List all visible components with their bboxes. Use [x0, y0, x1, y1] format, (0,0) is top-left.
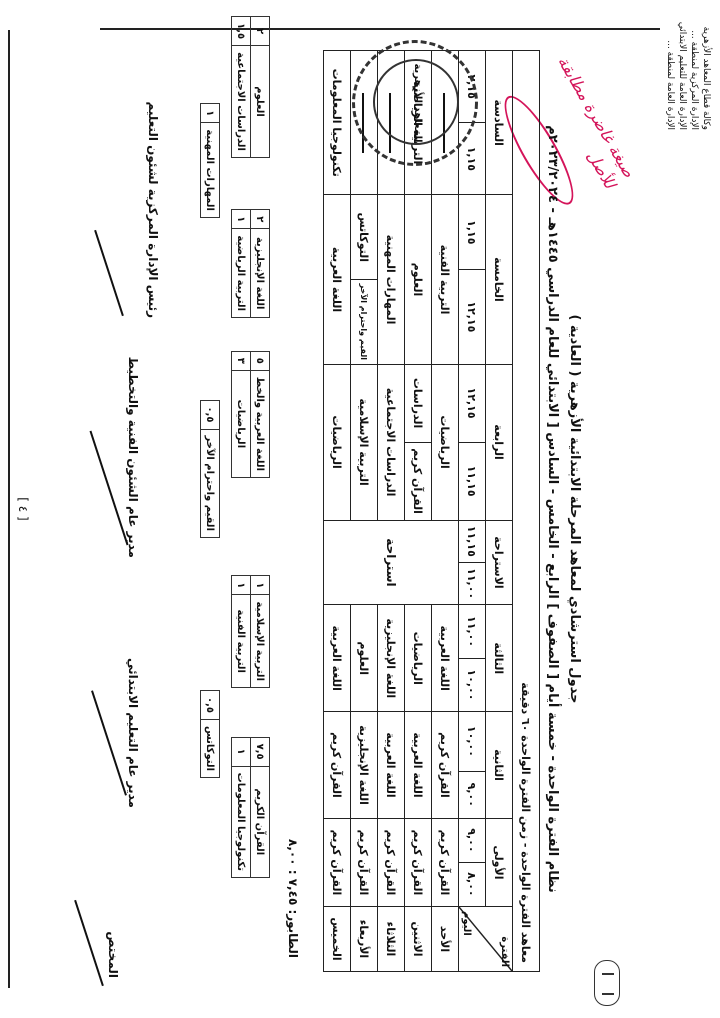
day-label: الأحد — [432, 907, 459, 972]
split-half: التوكاتس — [351, 195, 377, 280]
subject-label: تكنولوجيا المعلومات — [232, 766, 251, 877]
schedule-cell: اللغة العربية — [432, 605, 459, 712]
table-row: الأحد القرآن كريم القرآن كريم اللغة العر… — [432, 51, 459, 972]
period-header: الثالثة — [486, 605, 513, 712]
hours-value: ٢ — [251, 17, 270, 46]
schedule-cell: القرآن كريم — [378, 818, 405, 906]
split-half: القيم واحترام الآخر — [351, 280, 377, 364]
hours-value: ٠,٥ — [201, 400, 220, 429]
period-end-time: ٩,٠٠ — [459, 818, 486, 862]
subject-label: الدراسات الاجتماعية — [232, 46, 251, 158]
subject-label: المهارات المهنية — [201, 123, 220, 218]
subject-label: العلوم — [251, 46, 270, 158]
document-title: جدول استرشادي لمعاهد المرحلة الابتدائية … — [567, 160, 582, 858]
schedule-cell: اللغة الإنجليزية — [351, 712, 378, 819]
hours-value: ١ — [201, 104, 220, 123]
subject-label: التربية الرياضية — [232, 229, 251, 318]
signature-label: المختص — [106, 931, 120, 978]
schedule-cell: التربية الإسلامية — [351, 364, 378, 520]
corner-period-label: الفترة — [499, 936, 510, 967]
document-subtitle: نظام الفترة الواحدة - خمسة أيام [ الصفوف… — [545, 60, 560, 958]
hours-value: ٥ — [251, 351, 270, 370]
summary-table: العلوم٢ الدراسات الاجتماعية١,٥ — [231, 16, 270, 158]
summary-table: اللغة العربية والخط٥ الرياضيات٣ — [231, 351, 270, 478]
page-border-line — [100, 28, 660, 30]
hours-value: ٠,٥ — [201, 690, 220, 719]
schedule-table: معاهد الفترة الواحدة - زمن الفترة الواحد… — [323, 50, 540, 972]
subject-label: القيم واحترام الآخر — [201, 429, 220, 537]
schedule-cell: الدراسات الاجتماعية — [378, 364, 405, 520]
subject-label: التوكاتس — [201, 720, 220, 778]
signature-scribble-icon — [90, 431, 129, 546]
subject-label: اللغة الإنجليزية — [251, 229, 270, 318]
schedule-cell: اللغة الإنجليزية — [378, 605, 405, 712]
schedule-cell: المهارات المهنية — [378, 195, 405, 364]
break-cell: استراحة — [324, 520, 459, 605]
schedule-cell: التربية الفنية — [432, 195, 459, 364]
hours-value: ٢ — [251, 210, 270, 229]
seal-text: المعاهد الأزهرية — [412, 43, 423, 163]
schedule-cell: القرآن كريم — [432, 712, 459, 819]
schedule-cell: العلوم — [351, 605, 378, 712]
split-half: القرآن كريم — [405, 443, 431, 520]
table-row: الخميس القرآن كريم القرآن كريم اللغة الع… — [324, 51, 351, 972]
period-header: الأولى — [486, 818, 513, 906]
schedule-cell-split: القرآن كريم الدراسات — [405, 364, 432, 520]
hours-value: ٣ — [232, 351, 251, 370]
document-page: وكالة قطاع المعاهد الأزهرية الإدارة المر… — [0, 0, 720, 1018]
signature-scribble-icon — [91, 690, 127, 795]
signature-label: رئيس الإدارة المركزية لشئون التعليم — [146, 101, 160, 318]
schedule-cell-split: القيم واحترام الآخر التوكاتس — [351, 195, 378, 364]
corner-cell: الفترة اليوم — [459, 907, 513, 972]
table-row: الاثنين القرآن كريم اللغة العربية الرياض… — [405, 51, 432, 972]
ministry-line: الإدارة العامة للتعليم الابتدائي — [676, 10, 688, 130]
schedule-cell: القرآن كريم — [405, 818, 432, 906]
hours-value: ٧,٥ — [251, 737, 270, 766]
split-half: الدراسات — [405, 365, 431, 443]
ministry-line: وكالة قطاع المعاهد الأزهرية — [700, 10, 712, 130]
schedule-cell: القرآن كريم — [324, 818, 351, 906]
corner-day-label: اليوم — [461, 911, 472, 936]
subject-label: التربية الإسلامية — [251, 595, 270, 688]
summary-table: التربية الإسلامية١ التربية الفنية١ — [231, 575, 270, 688]
schedule-cell: القرآن كريم — [351, 818, 378, 906]
table-row: الأربعاء القرآن كريم اللغة الإنجليزية ال… — [351, 51, 378, 972]
period-header: الخامسة — [486, 195, 513, 364]
period-start-time: ١٠,٠٠ — [459, 658, 486, 711]
summary-table: اللغة الإنجليزية٢ التربية الرياضية١ — [231, 209, 270, 318]
hours-value: ١,٥ — [232, 17, 251, 46]
summary-table: المهارات المهنية١ — [200, 103, 220, 218]
period-start-time: ١١,١٥ — [459, 442, 486, 520]
ministry-header: وكالة قطاع المعاهد الأزهرية الإدارة المر… — [664, 10, 712, 130]
hours-value: ١ — [232, 210, 251, 229]
azhar-logo-icon — [594, 960, 620, 1006]
page-number: [ ٤ ] — [16, 0, 30, 1018]
day-label: الخميس — [324, 907, 351, 972]
day-label: الثلاثاء — [378, 907, 405, 972]
period-start-time: ١٢,١٥ — [459, 270, 486, 364]
period-end-time: ١,١٥ — [459, 195, 486, 270]
period-end-time: ١٢,١٥ — [459, 364, 486, 442]
summary-table: القيم واحترام الآخر٠,٥ — [200, 400, 220, 539]
schedule-cell: تكنولوجيا المعلومات — [324, 51, 351, 195]
day-label: الأربعاء — [351, 907, 378, 972]
ministry-line: الإدارة العامة لمنطقة ... — [664, 10, 676, 130]
period-end-time: ١١,٠٠ — [459, 605, 486, 658]
subject-label: القرآن الكريم — [251, 766, 270, 877]
period-start-time: ٨,٠٠ — [459, 862, 486, 906]
signature-label: مدير عام التعليم الابتدائي — [126, 658, 140, 808]
hours-value: ١ — [232, 737, 251, 766]
period-end-time: ١١,١٥ — [459, 520, 486, 562]
schedule-cell: الرياضيات — [324, 364, 351, 520]
day-label: الاثنين — [405, 907, 432, 972]
schedule-cell: القرآن كريم — [324, 712, 351, 819]
period-header: الثانية — [486, 712, 513, 819]
signature-label: مدير عام الشئون الفنية والتخطيط — [126, 357, 140, 558]
hours-value: ١ — [232, 576, 251, 595]
subject-label: الرياضيات — [232, 370, 251, 477]
period-header: السادسة — [486, 51, 513, 195]
period-start-time: ١١,٠٠ — [459, 562, 486, 604]
summary-table: القرآن الكريم٧,٥ تكنولوجيا المعلومات١ — [231, 737, 270, 878]
ministry-line: الإدارة المركزية لمنطقة ... — [688, 10, 700, 130]
period-end-time: ١٠,٠٠ — [459, 712, 486, 772]
signature-scribble-icon — [94, 230, 124, 316]
schedule-cell: الرياضيات — [432, 364, 459, 520]
hours-value: ١ — [251, 576, 270, 595]
schedule-cell: القرآن كريم — [432, 818, 459, 906]
table-row: الثلاثاء القرآن كريم اللغة العربية اللغة… — [378, 51, 405, 972]
schedule-cell: اللغة العربية — [378, 712, 405, 819]
table-caption: معاهد الفترة الواحدة - زمن الفترة الواحد… — [513, 51, 540, 972]
schedule-cell: الرياضيات — [405, 605, 432, 712]
schedule-cell: اللغة العربية — [324, 195, 351, 364]
period-header: الرابعة — [486, 364, 513, 520]
subject-label: التربية الفنية — [232, 595, 251, 688]
signature-scribble-icon — [74, 900, 104, 986]
subject-label: اللغة العربية والخط — [251, 370, 270, 477]
assembly-time-note: الطابور: ٧,٤٥ : ٨,٠٠ — [286, 839, 300, 958]
schedule-cell: اللغة العربية — [324, 605, 351, 712]
schedule-cell: العلوم — [405, 195, 432, 364]
page-border-line — [8, 30, 10, 988]
summary-table: التوكاتس٠,٥ — [200, 690, 220, 778]
official-seal-icon: المعاهد الأزهرية — [352, 40, 478, 166]
period-start-time: ٩,٠٠ — [459, 771, 486, 818]
period-header: الاستراحة — [486, 520, 513, 605]
schedule-cell: اللغة العربية — [405, 712, 432, 819]
